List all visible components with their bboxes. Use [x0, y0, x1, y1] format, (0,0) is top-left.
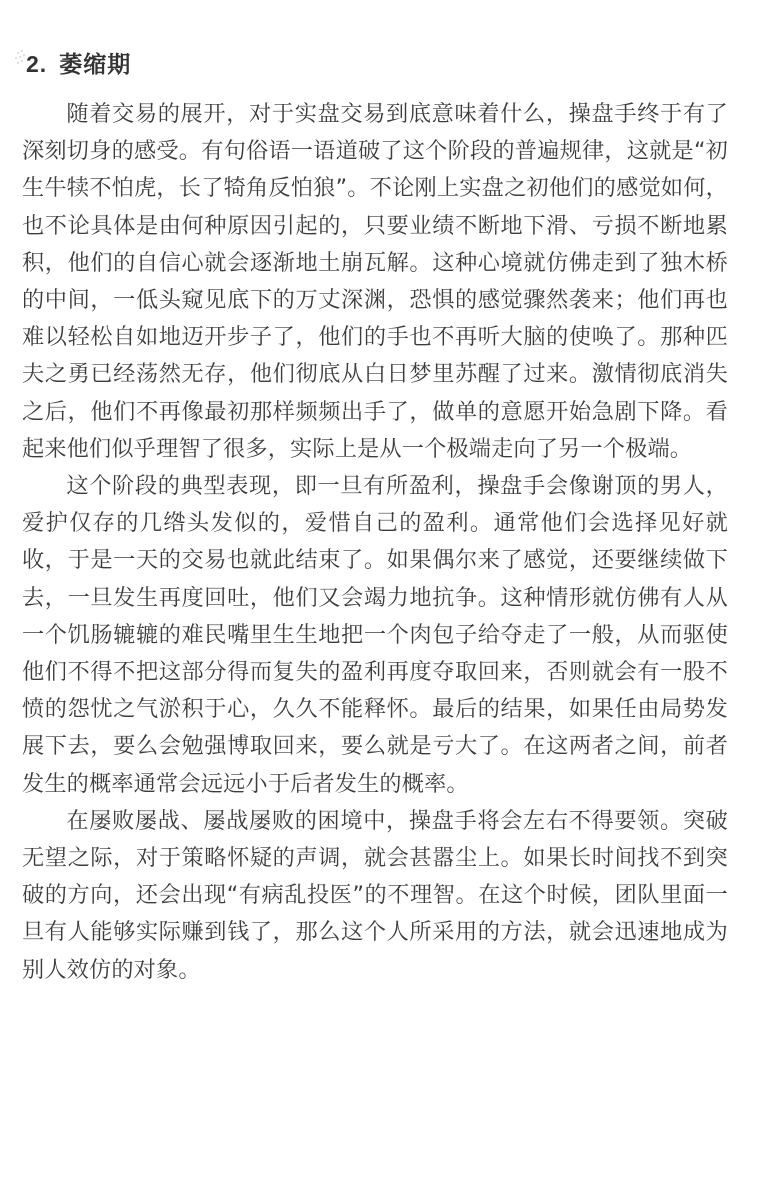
section-number: 2. [26, 51, 47, 77]
paragraph-1: 随着交易的展开，对于实盘交易到底意味着什么，操盘手终于有了深刻切身的感受。有句俗… [22, 96, 728, 468]
paragraph-2: 这个阶段的典型表现，即一旦有所盈利，操盘手会像谢顶的男人，爱护仅存的几绺头发似的… [22, 468, 728, 803]
body-text: 随着交易的展开，对于实盘交易到底意味着什么，操盘手终于有了深刻切身的感受。有句俗… [22, 96, 728, 989]
paragraph-3: 在屡败屡战、屡战屡败的困境中，操盘手将会左右不得要领。突破无望之际，对于策略怀疑… [22, 803, 728, 989]
document-page: 2.萎缩期 随着交易的展开，对于实盘交易到底意味着什么，操盘手终于有了深刻切身的… [0, 0, 758, 1185]
section-title-text: 萎缩期 [59, 52, 131, 78]
section-heading: 2.萎缩期 [26, 46, 131, 79]
